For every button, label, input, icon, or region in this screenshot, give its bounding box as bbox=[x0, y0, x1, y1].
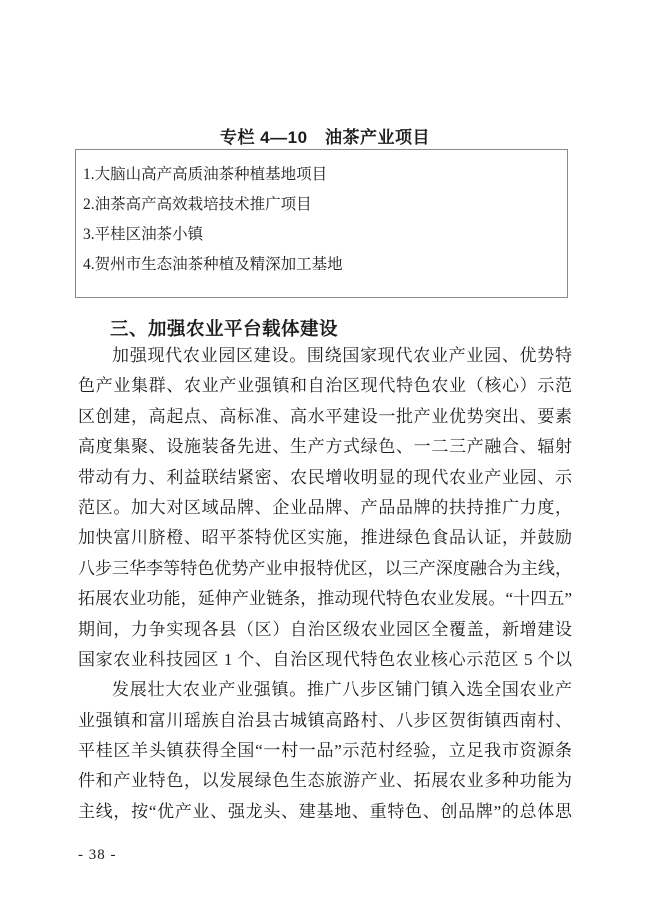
paragraph-line: 区创建，高起点、高标准、高水平建设一批产业优势突出、要素 bbox=[78, 402, 572, 432]
paragraph-line: 拓展农业功能，延伸产业链条，推动现代特色农业发展。“十四五” bbox=[78, 584, 572, 614]
paragraph-line: 期间，力争实现各县（区）自治区级农业园区全覆盖，新增建设 bbox=[78, 615, 572, 645]
paragraph-line: 平桂区羊头镇获得全国“一村一品”示范村经验，立足我市资源条 bbox=[78, 736, 572, 766]
paragraph-line: 范区。加大对区域品牌、企业品牌、产品品牌的扶持推广力度， bbox=[78, 493, 572, 523]
panel-item: 4.贺州市生态油茶种植及精深加工基地 bbox=[83, 250, 567, 280]
paragraph-line: 加快富川脐橙、昭平茶特优区实施，推进绿色食品认证，并鼓励 bbox=[78, 523, 572, 553]
panel-item: 2.油茶高产高效栽培技术推广项目 bbox=[83, 190, 567, 220]
panel-title: 专栏 4—10 油茶产业项目 bbox=[0, 123, 650, 148]
paragraph-line: 加强现代农业园区建设。围绕国家现代农业产业园、优势特 bbox=[78, 341, 572, 371]
section-heading: 三、加强农业平台载体建设 bbox=[110, 315, 338, 341]
paragraph-line: 国家农业科技园区 1 个、自治区现代特色农业核心示范区 5 个以上。 bbox=[78, 645, 572, 675]
body-text: 加强现代农业园区建设。围绕国家现代农业产业园、优势特 色产业集群、农业产业强镇和… bbox=[78, 341, 572, 827]
paragraph-line: 八步三华李等特色优势产业申报特优区，以三产深度融合为主线， bbox=[78, 554, 572, 584]
paragraph-line: 高度集聚、设施装备先进、生产方式绿色、一二三产融合、辐射 bbox=[78, 432, 572, 462]
document-page: 专栏 4—10 油茶产业项目 1.大脑山高产高质油茶种植基地项目 2.油茶高产高… bbox=[0, 0, 650, 919]
panel-item: 3.平桂区油茶小镇 bbox=[83, 220, 567, 250]
paragraph-line: 带动有力、利益联结紧密、农民增收明显的现代农业产业园、示 bbox=[78, 463, 572, 493]
panel-item: 1.大脑山高产高质油茶种植基地项目 bbox=[83, 160, 567, 190]
paragraph-line: 发展壮大农业产业强镇。推广八步区铺门镇入选全国农业产 bbox=[78, 675, 572, 705]
project-panel-box: 1.大脑山高产高质油茶种植基地项目 2.油茶高产高效栽培技术推广项目 3.平桂区… bbox=[75, 149, 568, 298]
paragraph-line: 色产业集群、农业产业强镇和自治区现代特色农业（核心）示范 bbox=[78, 371, 572, 401]
paragraph-line: 主线，按“优产业、强龙头、建基地、重特色、创品牌”的总体思 bbox=[78, 797, 572, 827]
page-number: - 38 - bbox=[78, 847, 117, 864]
paragraph-line: 业强镇和富川瑶族自治县古城镇高路村、八步区贺街镇西南村、 bbox=[78, 706, 572, 736]
paragraph-line: 件和产业特色，以发展绿色生态旅游产业、拓展农业多种功能为 bbox=[78, 766, 572, 796]
